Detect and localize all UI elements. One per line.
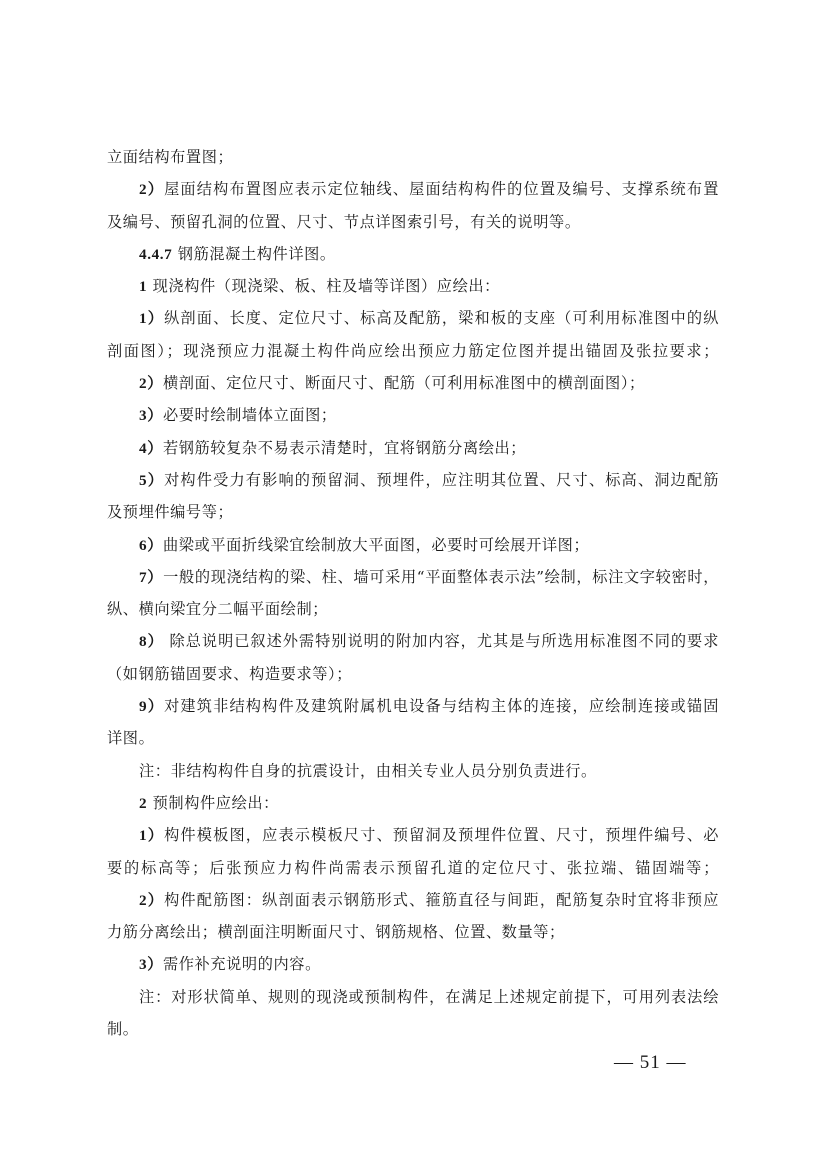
line-text: 纵、横向梁宜分二幅平面绘制； bbox=[107, 600, 328, 618]
item-number: 1） bbox=[139, 310, 164, 327]
text-line: 1）纵剖面、长度、定位尺寸、标高及配筋，梁和板的支座（可利用标准图中的纵 bbox=[107, 302, 719, 334]
text-line: 制。 bbox=[107, 1013, 719, 1045]
text-line: 3）必要时绘制墙体立面图； bbox=[107, 399, 719, 431]
item-number: 2） bbox=[139, 892, 164, 909]
text-line: 注：非结构构件自身的抗震设计，由相关专业人员分别负责进行。 bbox=[107, 755, 719, 787]
item-number: 3） bbox=[139, 956, 163, 973]
text-line: 2）横剖面、定位尺寸、断面尺寸、配筋（可利用标准图中的横剖面图）； bbox=[107, 367, 719, 399]
line-text: 注：对形状简单、规则的现浇或预制构件，在满足上述规定前提下，可用列表法绘 bbox=[139, 988, 719, 1006]
text-line: 1）构件模板图，应表示模板尺寸、预留洞及预埋件位置、尺寸，预埋件编号、必 bbox=[107, 819, 719, 851]
item-number: 4） bbox=[139, 440, 163, 457]
document-body: 立面结构布置图；2）屋面结构布置图应表示定位轴线、屋面结构构件的位置及编号、支撑… bbox=[107, 141, 719, 1045]
line-text: 一般的现浇结构的梁、柱、墙可采用“平面整体表示法”绘制，标注文字较密时， bbox=[163, 568, 719, 586]
page-number: — 51 — bbox=[614, 1052, 687, 1074]
line-text: 构件配筋图：纵剖面表示钢筋形式、箍筋直径与间距，配筋复杂时宜将非预应 bbox=[164, 891, 719, 909]
line-text: 预制构件应绘出： bbox=[147, 794, 279, 812]
item-number: 2） bbox=[139, 375, 163, 392]
item-number: 6） bbox=[139, 537, 163, 554]
line-text: 立面结构布置图； bbox=[107, 148, 233, 166]
line-text: 现浇构件（现浇梁、板、柱及墙等详图）应绘出： bbox=[147, 277, 500, 295]
text-line: 8） 除总说明已叙述外需特别说明的附加内容，尤其是与所选用标准图不同的要求 bbox=[107, 625, 719, 657]
text-line: 6）曲梁或平面折线梁宜绘制放大平面图，必要时可绘展开详图； bbox=[107, 529, 719, 561]
item-number: 8） bbox=[139, 633, 164, 650]
text-line: 1 现浇构件（现浇梁、板、柱及墙等详图）应绘出： bbox=[107, 270, 719, 302]
text-line: 2 预制构件应绘出： bbox=[107, 787, 719, 819]
line-text: 钢筋混凝土构件详图。 bbox=[172, 245, 335, 263]
line-text: 及编号、预留孔洞的位置、尺寸、节点详图索引号，有关的说明等。 bbox=[107, 213, 581, 231]
line-text: 需作补充说明的内容。 bbox=[163, 955, 321, 973]
line-text: 除总说明已叙述外需特别说明的附加内容，尤其是与所选用标准图不同的要求 bbox=[164, 632, 719, 650]
line-text: 屋面结构布置图应表示定位轴线、屋面结构构件的位置及编号、支撑系统布置 bbox=[164, 180, 719, 198]
text-line: 力筋分离绘出；横剖面注明断面尺寸、钢筋规格、位置、数量等； bbox=[107, 916, 719, 948]
line-text: 构件模板图，应表示模板尺寸、预留洞及预埋件位置、尺寸，预埋件编号、必 bbox=[164, 826, 719, 844]
text-line: 立面结构布置图； bbox=[107, 141, 719, 173]
text-line: 2）屋面结构布置图应表示定位轴线、屋面结构构件的位置及编号、支撑系统布置 bbox=[107, 173, 719, 205]
text-line: 详图。 bbox=[107, 722, 719, 754]
item-number: 4.4.7 bbox=[139, 246, 172, 263]
item-number: 3） bbox=[139, 407, 163, 424]
text-line: 注：对形状简单、规则的现浇或预制构件，在满足上述规定前提下，可用列表法绘 bbox=[107, 981, 719, 1013]
text-line: 剖面图）；现浇预应力混凝土构件尚应绘出预应力筋定位图并提出锚固及张拉要求； bbox=[107, 335, 719, 367]
line-text: 横剖面、定位尺寸、断面尺寸、配筋（可利用标准图中的横剖面图）； bbox=[163, 374, 645, 392]
text-line: 及预埋件编号等； bbox=[107, 496, 719, 528]
item-number: 7） bbox=[139, 569, 163, 586]
line-text: 要的标高等；后张预应力构件尚需表示预留孔道的定位尺寸、张拉端、锚固端等； bbox=[107, 859, 719, 877]
item-number: 1） bbox=[139, 827, 164, 844]
text-line: 4）若钢筋较复杂不易表示清楚时，宜将钢筋分离绘出； bbox=[107, 432, 719, 464]
text-line: 纵、横向梁宜分二幅平面绘制； bbox=[107, 593, 719, 625]
line-text: 制。 bbox=[107, 1020, 139, 1038]
line-text: 曲梁或平面折线梁宜绘制放大平面图，必要时可绘展开详图； bbox=[163, 536, 589, 554]
text-line: 2）构件配筋图：纵剖面表示钢筋形式、箍筋直径与间距，配筋复杂时宜将非预应 bbox=[107, 884, 719, 916]
line-text: 力筋分离绘出；横剖面注明断面尺寸、钢筋规格、位置、数量等； bbox=[107, 923, 565, 941]
line-text: 对构件受力有影响的预留洞、预埋件，应注明其位置、尺寸、标高、洞边配筋 bbox=[164, 471, 719, 489]
item-number: 2） bbox=[139, 181, 164, 198]
text-line: 5）对构件受力有影响的预留洞、预埋件，应注明其位置、尺寸、标高、洞边配筋 bbox=[107, 464, 719, 496]
line-text: 若钢筋较复杂不易表示清楚时，宜将钢筋分离绘出； bbox=[163, 439, 526, 457]
item-number: 2 bbox=[139, 795, 147, 812]
line-text: 对建筑非结构构件及建筑附属机电设备与结构主体的连接，应绘制连接或锚固 bbox=[164, 697, 719, 715]
item-number: 9） bbox=[139, 698, 164, 715]
text-line: （如钢筋锚固要求、构造要求等）； bbox=[107, 658, 719, 690]
item-number: 1 bbox=[139, 278, 147, 295]
line-text: 及预埋件编号等； bbox=[107, 503, 233, 521]
line-text: 剖面图）；现浇预应力混凝土构件尚应绘出预应力筋定位图并提出锚固及张拉要求； bbox=[107, 342, 719, 360]
text-line: 9）对建筑非结构构件及建筑附属机电设备与结构主体的连接，应绘制连接或锚固 bbox=[107, 690, 719, 722]
text-line: 及编号、预留孔洞的位置、尺寸、节点详图索引号，有关的说明等。 bbox=[107, 206, 719, 238]
text-line: 7）一般的现浇结构的梁、柱、墙可采用“平面整体表示法”绘制，标注文字较密时， bbox=[107, 561, 719, 593]
line-text: 注：非结构构件自身的抗震设计，由相关专业人员分别负责进行。 bbox=[139, 762, 597, 780]
text-line: 3）需作补充说明的内容。 bbox=[107, 948, 719, 980]
line-text: 必要时绘制墙体立面图； bbox=[163, 406, 337, 424]
text-line: 4.4.7 钢筋混凝土构件详图。 bbox=[107, 238, 719, 270]
line-text: 详图。 bbox=[107, 729, 154, 747]
text-line: 要的标高等；后张预应力构件尚需表示预留孔道的定位尺寸、张拉端、锚固端等； bbox=[107, 852, 719, 884]
line-text: 纵剖面、长度、定位尺寸、标高及配筋，梁和板的支座（可利用标准图中的纵 bbox=[164, 309, 719, 327]
line-text: （如钢筋锚固要求、构造要求等）； bbox=[107, 665, 352, 683]
item-number: 5） bbox=[139, 472, 164, 489]
